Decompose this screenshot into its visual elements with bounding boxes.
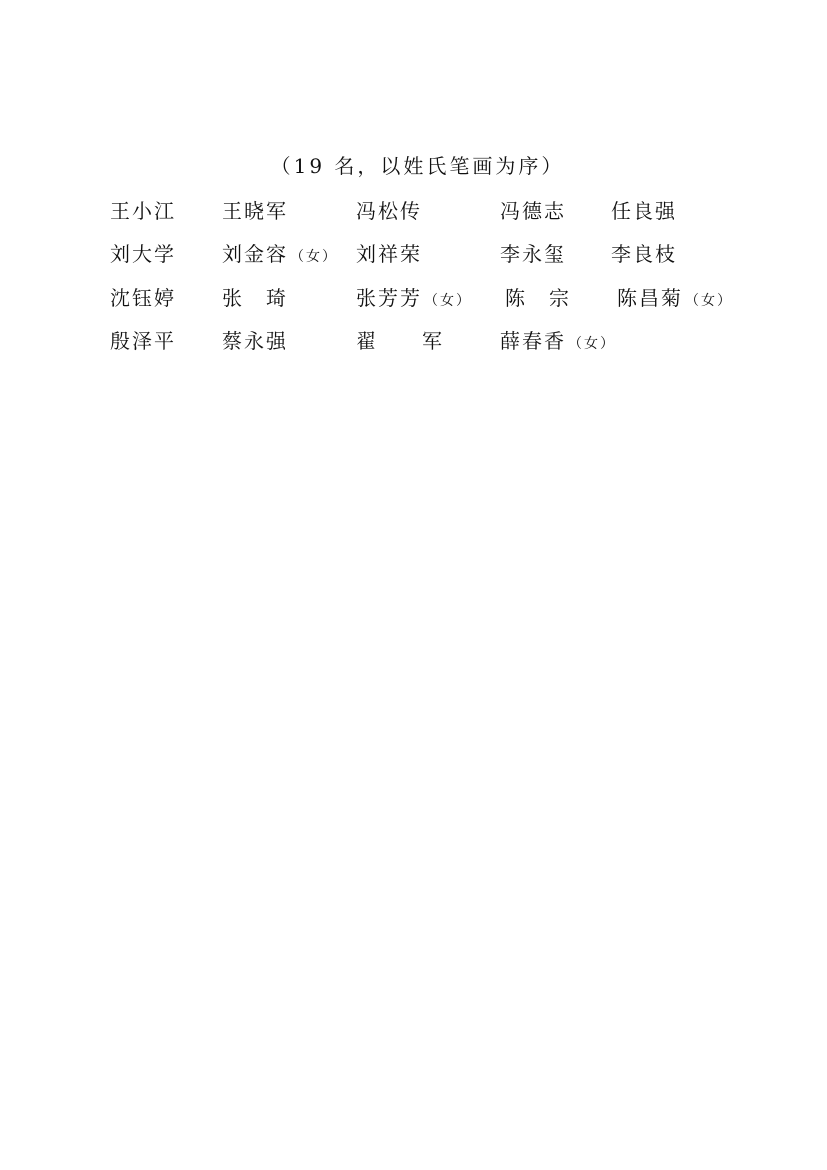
gender-note: （女） xyxy=(290,249,338,265)
name-entry: 蔡永强 xyxy=(222,326,290,359)
name-entry: 刘祥荣 xyxy=(356,239,424,272)
name-entry: 冯德志 xyxy=(500,196,568,229)
name-entry: 王晓军 xyxy=(222,196,290,229)
person-name: 蔡永强 xyxy=(222,329,288,353)
name-row: 殷泽平 蔡永强 翟 军 薛春香（女） xyxy=(0,326,827,356)
gender-note: （女） xyxy=(568,336,616,352)
person-name: 任良强 xyxy=(611,199,677,223)
person-name: 李永玺 xyxy=(500,242,566,266)
name-entry: 冯松传 xyxy=(356,196,424,229)
person-name: 冯德志 xyxy=(500,199,566,223)
person-name: 殷泽平 xyxy=(110,329,176,353)
person-name: 刘大学 xyxy=(110,242,176,266)
name-entry: 陈昌菊（女） xyxy=(617,283,733,316)
name-entry: 刘大学 xyxy=(110,239,178,272)
person-name: 冯松传 xyxy=(356,199,422,223)
name-entry: 张芳芳（女） xyxy=(356,283,472,316)
person-name: 陈 宗 xyxy=(505,286,571,310)
name-row: 王小江 王晓军 冯松传 冯德志 任良强 xyxy=(0,196,827,226)
person-name: 王晓军 xyxy=(222,199,288,223)
name-entry: 任良强 xyxy=(611,196,679,229)
name-entry: 李永玺 xyxy=(500,239,568,272)
person-name: 刘金容 xyxy=(222,242,288,266)
gender-note: （女） xyxy=(685,293,733,309)
gender-note: （女） xyxy=(424,293,472,309)
list-subtitle: （19 名，以姓氏笔画为序） xyxy=(0,152,827,180)
person-name: 翟 军 xyxy=(356,329,444,353)
person-name: 薛春香 xyxy=(500,329,566,353)
person-name: 陈昌菊 xyxy=(617,286,683,310)
name-entry: 李良枝 xyxy=(611,239,679,272)
name-entry: 薛春香（女） xyxy=(500,326,616,359)
person-name: 刘祥荣 xyxy=(356,242,422,266)
name-entry: 张 琦 xyxy=(222,283,290,316)
name-row: 沈钰婷 张 琦 张芳芳（女） 陈 宗 陈昌菊（女） xyxy=(0,283,827,313)
name-entry: 沈钰婷 xyxy=(110,283,178,316)
person-name: 李良枝 xyxy=(611,242,677,266)
person-name: 沈钰婷 xyxy=(110,286,176,310)
person-name: 王小江 xyxy=(110,199,176,223)
name-entry: 刘金容（女） xyxy=(222,239,338,272)
name-entry: 翟 军 xyxy=(356,326,446,359)
name-entry: 殷泽平 xyxy=(110,326,178,359)
person-name: 张 琦 xyxy=(222,286,288,310)
person-name: 张芳芳 xyxy=(356,286,422,310)
name-row: 刘大学 刘金容（女） 刘祥荣 李永玺 李良枝 xyxy=(0,239,827,269)
name-entry: 陈 宗 xyxy=(505,283,573,316)
name-entry: 王小江 xyxy=(110,196,178,229)
